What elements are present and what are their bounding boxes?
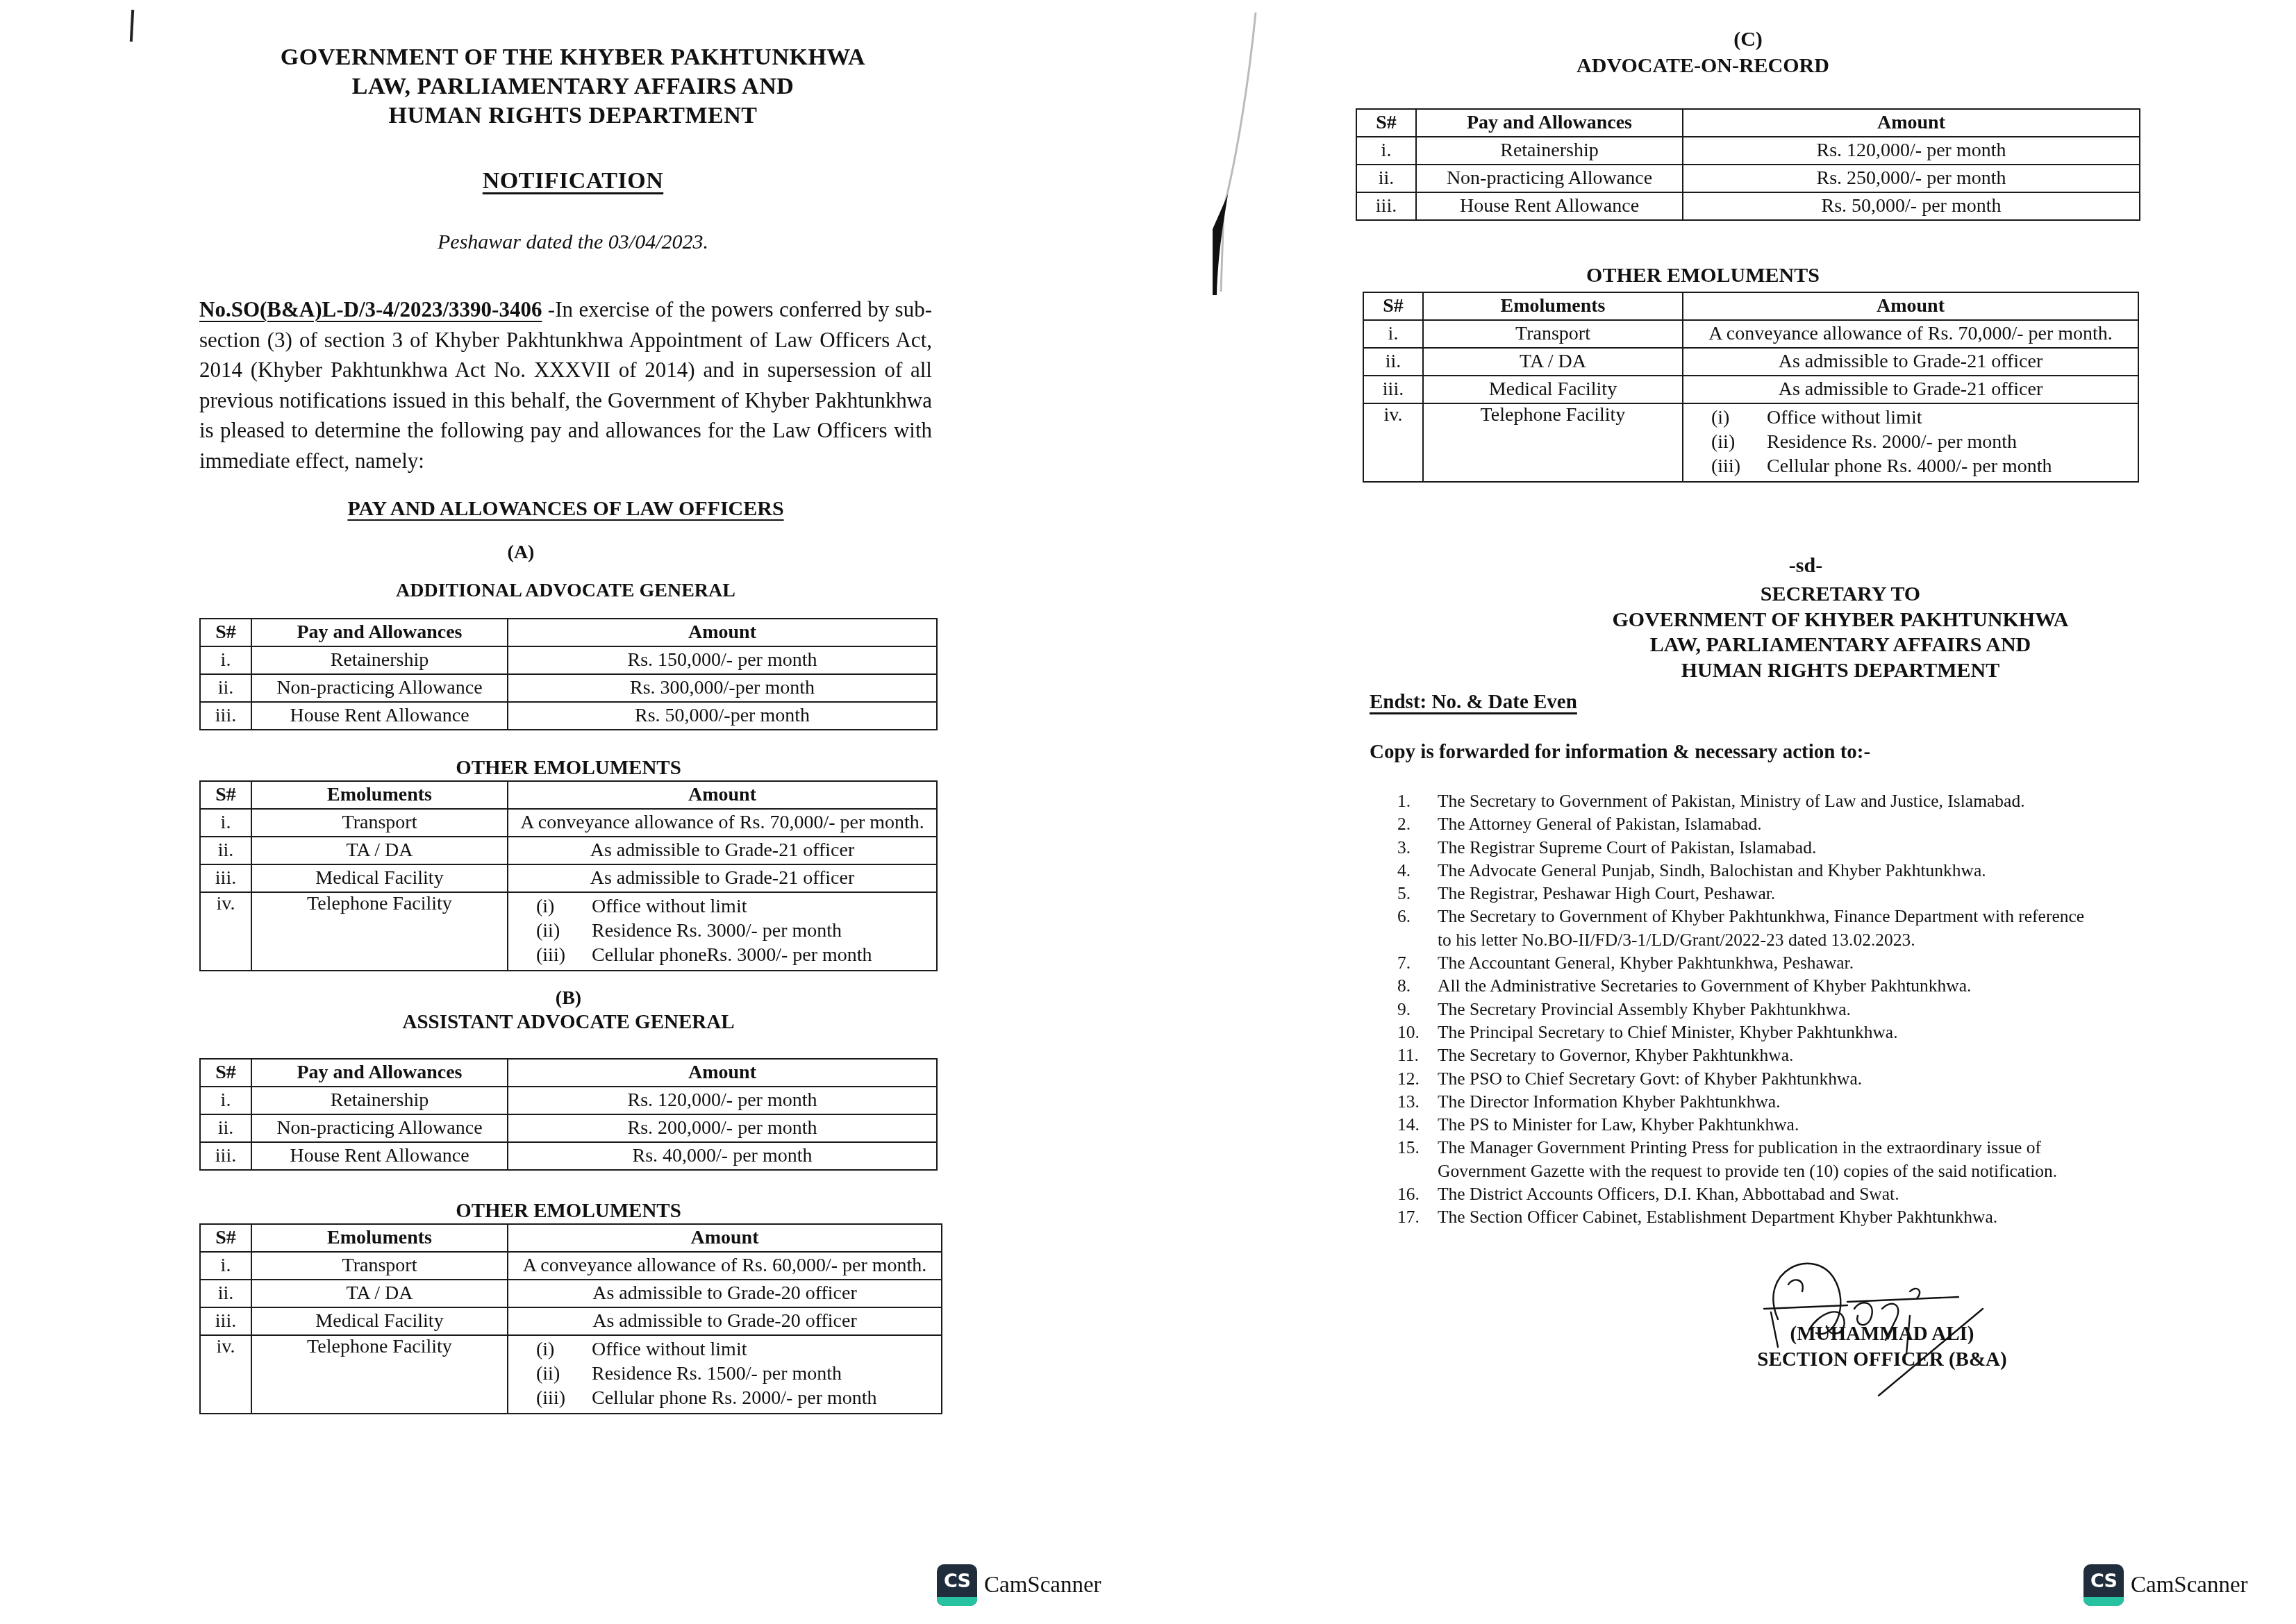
- signatory-line: GOVERNMENT OF KHYBER PAKHTUNKHWA: [1563, 608, 2118, 633]
- item-text: The PS to Minister for Law, Khyber Pakht…: [1438, 1114, 1799, 1135]
- table-cell: Rs. 40,000/- per month: [508, 1142, 937, 1170]
- table-row: ii. Non-practicing Allowance Rs. 200,000…: [200, 1114, 937, 1142]
- table-cell: Non-practicing Allowance: [251, 674, 508, 702]
- endorsement-line: Endst: No. & Date Even: [1370, 691, 1577, 714]
- copy-recipient-item: 11.The Secretary to Governor, Khyber Pak…: [1397, 1044, 2084, 1066]
- table-cell: iii.: [200, 702, 251, 730]
- header-line: GOVERNMENT OF THE KHYBER PAKHTUNKHWA: [222, 43, 924, 72]
- table-row-telephone: iv. Telephone Facility (i)Office without…: [200, 892, 937, 971]
- section-c-emoluments-title: OTHER EMOLUMENTS: [1356, 264, 2050, 287]
- table-cell: i.: [200, 646, 251, 674]
- column-header: S#: [200, 1059, 251, 1087]
- table-row: i. Transport A conveyance allowance of R…: [200, 809, 937, 837]
- table-cell: ii.: [200, 1114, 251, 1142]
- table-cell: Rs. 300,000/-per month: [508, 674, 937, 702]
- column-header: Amount: [1683, 109, 2140, 137]
- table-row: ii. TA / DA As admissible to Grade-20 of…: [200, 1280, 942, 1307]
- column-header: S#: [200, 619, 251, 646]
- section-b-emoluments-table: S# Emoluments Amount i. Transport A conv…: [199, 1223, 942, 1414]
- table-cell: Retainership: [251, 1087, 508, 1114]
- table-cell: Retainership: [1416, 137, 1683, 165]
- item-text: The Attorney General of Pakistan, Islama…: [1438, 814, 1762, 834]
- copy-recipient-item: 10.The Principal Secretary to Chief Mini…: [1397, 1021, 2084, 1044]
- table-cell: iii.: [1363, 376, 1423, 403]
- telephone-item: (i)Office without limit: [536, 1337, 937, 1362]
- column-header: S#: [1363, 292, 1423, 320]
- table-cell: House Rent Allowance: [1416, 192, 1683, 220]
- copy-recipient-item: 15.The Manager Government Printing Press…: [1397, 1136, 2084, 1159]
- telephone-item: (i)Office without limit: [536, 894, 932, 919]
- table-cell: Rs. 200,000/- per month: [508, 1114, 937, 1142]
- table-row: ii. Non-practicing Allowance Rs. 250,000…: [1356, 165, 2140, 192]
- item-label: (ii): [536, 1362, 592, 1386]
- table-header-row: S# Emoluments Amount: [1363, 292, 2138, 320]
- column-header: S#: [1356, 109, 1416, 137]
- table-row: iii. House Rent Allowance Rs. 50,000/- p…: [1356, 192, 2140, 220]
- item-number: 13.: [1397, 1090, 1432, 1113]
- table-cell: Non-practicing Allowance: [1416, 165, 1683, 192]
- copy-forwarded-line: Copy is forwarded for information & nece…: [1370, 741, 1870, 764]
- section-a-title: ADDITIONAL ADVOCATE GENERAL: [199, 580, 932, 602]
- item-number: 10.: [1397, 1021, 1432, 1044]
- section-c-pay-table: S# Pay and Allowances Amount i. Retainer…: [1356, 108, 2140, 221]
- table-row: iii. House Rent Allowance Rs. 50,000/-pe…: [200, 702, 937, 730]
- item-text: The Secretary to Government of Khyber Pa…: [1438, 906, 2084, 926]
- column-header: Amount: [508, 781, 937, 809]
- signatory-line: LAW, PARLIAMENTARY AFFAIRS AND: [1563, 633, 2118, 658]
- table-cell: Transport: [251, 809, 508, 837]
- item-label: (i): [536, 894, 592, 919]
- item-number: 14.: [1397, 1113, 1432, 1136]
- telephone-item: (iii)Cellular phoneRs. 3000/- per month: [536, 943, 932, 967]
- item-text: to his letter No.BO-II/FD/3-1/LD/Grant/2…: [1438, 930, 1915, 950]
- table-cell: ii.: [200, 837, 251, 864]
- table-header-row: S# Pay and Allowances Amount: [1356, 109, 2140, 137]
- item-number: 8.: [1397, 974, 1432, 997]
- table-cell: As admissible to Grade-20 officer: [508, 1280, 942, 1307]
- item-number: 17.: [1397, 1205, 1432, 1228]
- signed-mark: -sd-: [1563, 554, 2049, 578]
- copy-recipient-item: 17.The Section Officer Cabinet, Establis…: [1397, 1205, 2084, 1228]
- table-cell: iii.: [200, 1142, 251, 1170]
- section-c-emoluments-table: S# Emoluments Amount i. Transport A conv…: [1363, 292, 2139, 483]
- section-a-emoluments-table: S# Emoluments Amount i. Transport A conv…: [199, 780, 938, 971]
- notification-title: NOTIFICATION: [222, 167, 924, 196]
- table-cell: iii.: [200, 864, 251, 892]
- item-number: 3.: [1397, 836, 1432, 859]
- telephone-item: (ii)Residence Rs. 2000/- per month: [1711, 430, 2133, 454]
- column-header: S#: [200, 781, 251, 809]
- table-row-telephone: iv. Telephone Facility (i)Office without…: [200, 1335, 942, 1414]
- copy-recipient-item: 3.The Registrar Supreme Court of Pakista…: [1397, 836, 2084, 859]
- scan-mark: [130, 10, 134, 42]
- item-text: The Registrar, Peshawar High Court, Pesh…: [1438, 883, 1775, 903]
- table-cell: Transport: [1423, 320, 1683, 348]
- table-cell: Rs. 50,000/-per month: [508, 702, 937, 730]
- department-header: GOVERNMENT OF THE KHYBER PAKHTUNKHWA LAW…: [222, 43, 924, 131]
- table-header-row: S# Pay and Allowances Amount: [200, 1059, 937, 1087]
- table-cell: Non-practicing Allowance: [251, 1114, 508, 1142]
- table-cell: Telephone Facility: [251, 1335, 508, 1414]
- item-number: 1.: [1397, 789, 1432, 812]
- table-cell: iv.: [1363, 403, 1423, 482]
- item-text: Office without limit: [592, 1339, 747, 1360]
- table-cell: Rs. 50,000/- per month: [1683, 192, 2140, 220]
- item-text: Cellular phoneRs. 3000/- per month: [592, 944, 872, 966]
- copy-recipient-item: 16.The District Accounts Officers, D.I. …: [1397, 1182, 2084, 1205]
- item-text: Residence Rs. 2000/- per month: [1767, 431, 2017, 453]
- item-label: (i): [1711, 405, 1767, 430]
- table-cell: House Rent Allowance: [251, 1142, 508, 1170]
- section-b-pay-table: S# Pay and Allowances Amount i. Retainer…: [199, 1058, 938, 1171]
- column-header: Amount: [508, 1059, 937, 1087]
- item-number: 5.: [1397, 882, 1432, 905]
- table-cell: House Rent Allowance: [251, 702, 508, 730]
- copy-recipient-item: 5.The Registrar, Peshawar High Court, Pe…: [1397, 882, 2084, 905]
- item-number: 7.: [1397, 951, 1432, 974]
- table-row: i. Transport A conveyance allowance of R…: [200, 1252, 942, 1280]
- table-cell: A conveyance allowance of Rs. 60,000/- p…: [508, 1252, 942, 1280]
- table-cell: i.: [200, 1252, 251, 1280]
- table-row: i. Retainership Rs. 150,000/- per month: [200, 646, 937, 674]
- copy-recipient-item: 6.The Secretary to Government of Khyber …: [1397, 905, 2084, 928]
- column-header: S#: [200, 1224, 251, 1252]
- table-cell: Rs. 120,000/- per month: [1683, 137, 2140, 165]
- table-cell: i.: [1363, 320, 1423, 348]
- item-text: The Manager Government Printing Press fo…: [1438, 1137, 2041, 1157]
- table-cell: iv.: [200, 1335, 251, 1414]
- item-label: (ii): [1711, 430, 1767, 454]
- officer-title: SECTION OFFICER (B&A): [1708, 1348, 2056, 1371]
- item-text: The Secretary to Governor, Khyber Pakhtu…: [1438, 1045, 1793, 1065]
- camscanner-brand: CamScanner: [984, 1573, 1101, 1598]
- copy-recipient-continuation: Government Gazette with the request to p…: [1397, 1160, 2084, 1182]
- table-header-row: S# Emoluments Amount: [200, 781, 937, 809]
- item-text: The District Accounts Officers, D.I. Kha…: [1438, 1184, 1899, 1204]
- item-text: Residence Rs. 3000/- per month: [592, 920, 842, 941]
- copy-recipient-list: 1.The Secretary to Government of Pakista…: [1397, 789, 2084, 1229]
- item-text: The Secretary to Government of Pakistan,…: [1438, 791, 2025, 811]
- item-text: Cellular phone Rs. 2000/- per month: [592, 1387, 877, 1409]
- item-text: The Accountant General, Khyber Pakhtunkh…: [1438, 953, 1854, 973]
- main-heading: PAY AND ALLOWANCES OF LAW OFFICERS: [199, 497, 932, 521]
- section-c-label: (C): [1356, 28, 2140, 51]
- table-row: iii. House Rent Allowance Rs. 40,000/- p…: [200, 1142, 937, 1170]
- table-cell: iii.: [200, 1307, 251, 1335]
- table-cell: Retainership: [251, 646, 508, 674]
- column-header: Emoluments: [251, 781, 508, 809]
- item-number: 16.: [1397, 1182, 1432, 1205]
- section-c-title: ADVOCATE-ON-RECORD: [1356, 54, 2050, 78]
- table-cell: i.: [1356, 137, 1416, 165]
- item-text: Cellular phone Rs. 4000/- per month: [1767, 455, 2052, 477]
- signatory-line: SECRETARY TO: [1563, 582, 2118, 608]
- table-row: ii. Non-practicing Allowance Rs. 300,000…: [200, 674, 937, 702]
- item-number: 4.: [1397, 859, 1432, 882]
- section-a-pay-table: S# Pay and Allowances Amount i. Retainer…: [199, 618, 938, 730]
- item-number: 15.: [1397, 1136, 1432, 1159]
- table-row: ii. TA / DA As admissible to Grade-21 of…: [1363, 348, 2138, 376]
- copy-recipient-item: 2.The Attorney General of Pakistan, Isla…: [1397, 812, 2084, 835]
- table-cell: TA / DA: [1423, 348, 1683, 376]
- column-header: Pay and Allowances: [251, 1059, 508, 1087]
- table-header-row: S# Pay and Allowances Amount: [200, 619, 937, 646]
- officer-name: (MUHAMMAD ALI): [1708, 1323, 2056, 1346]
- column-header: Amount: [508, 619, 937, 646]
- copy-recipient-continuation: to his letter No.BO-II/FD/3-1/LD/Grant/2…: [1397, 928, 2084, 951]
- copy-recipient-item: 1.The Secretary to Government of Pakista…: [1397, 789, 2084, 812]
- section-b-title: ASSISTANT ADVOCATE GENERAL: [199, 1011, 938, 1034]
- table-row: i. Retainership Rs. 120,000/- per month: [1356, 137, 2140, 165]
- table-cell: Transport: [251, 1252, 508, 1280]
- section-b-emoluments-title: OTHER EMOLUMENTS: [199, 1200, 938, 1223]
- table-cell: Rs. 250,000/- per month: [1683, 165, 2140, 192]
- table-cell: A conveyance allowance of Rs. 70,000/- p…: [508, 809, 937, 837]
- item-text: Government Gazette with the request to p…: [1438, 1161, 2057, 1181]
- copy-recipient-item: 12.The PSO to Chief Secretary Govt: of K…: [1397, 1067, 2084, 1090]
- item-text: The Principal Secretary to Chief Ministe…: [1438, 1022, 1898, 1042]
- table-cell: As admissible to Grade-21 officer: [508, 864, 937, 892]
- table-cell: Rs. 120,000/- per month: [508, 1087, 937, 1114]
- item-number: 11.: [1397, 1044, 1432, 1066]
- item-text: Office without limit: [592, 896, 747, 917]
- reference-number: No.SO(B&A)L-D/3-4/2023/3390-3406: [199, 297, 542, 321]
- copy-recipient-item: 7.The Accountant General, Khyber Pakhtun…: [1397, 951, 2084, 974]
- scan-edge-artifact: [1208, 0, 1264, 305]
- column-header: Pay and Allowances: [251, 619, 508, 646]
- column-header: Emoluments: [1423, 292, 1683, 320]
- item-text: Office without limit: [1767, 407, 1922, 428]
- column-header: Pay and Allowances: [1416, 109, 1683, 137]
- copy-recipient-item: 13.The Director Information Khyber Pakht…: [1397, 1090, 2084, 1113]
- body-text: -In exercise of the powers conferred by …: [199, 297, 932, 473]
- telephone-item: (i)Office without limit: [1711, 405, 2133, 430]
- camscanner-watermark: CS CamScanner: [2083, 1564, 2248, 1606]
- dated-line: Peshawar dated the 03/04/2023.: [222, 231, 924, 254]
- item-label: (i): [536, 1337, 592, 1362]
- table-cell: iii.: [1356, 192, 1416, 220]
- table-row: i. Transport A conveyance allowance of R…: [1363, 320, 2138, 348]
- table-row: iii. Medical Facility As admissible to G…: [1363, 376, 2138, 403]
- item-text: All the Administrative Secretaries to Go…: [1438, 976, 1971, 996]
- item-number: 12.: [1397, 1067, 1432, 1090]
- table-cell: ii.: [200, 1280, 251, 1307]
- table-row: ii. TA / DA As admissible to Grade-21 of…: [200, 837, 937, 864]
- table-cell: i.: [200, 1087, 251, 1114]
- table-cell: Rs. 150,000/- per month: [508, 646, 937, 674]
- table-cell: Telephone Facility: [1423, 403, 1683, 482]
- item-number: 9.: [1397, 998, 1432, 1021]
- section-a-label: (A): [444, 542, 597, 564]
- item-text: The Secretary Provincial Assembly Khyber…: [1438, 999, 1851, 1019]
- telephone-item: (iii)Cellular phone Rs. 2000/- per month: [536, 1386, 937, 1410]
- camscanner-brand: CamScanner: [2131, 1573, 2248, 1598]
- table-cell: ii.: [1363, 348, 1423, 376]
- table-cell: As admissible to Grade-21 officer: [1683, 348, 2138, 376]
- copy-recipient-item: 14.The PS to Minister for Law, Khyber Pa…: [1397, 1113, 2084, 1136]
- section-a-emoluments-title: OTHER EMOLUMENTS: [199, 757, 938, 780]
- table-cell: ii.: [1356, 165, 1416, 192]
- table-cell: Telephone Facility: [251, 892, 508, 971]
- table-row: iii. Medical Facility As admissible to G…: [200, 1307, 942, 1335]
- item-number: 2.: [1397, 812, 1432, 835]
- camscanner-logo-icon: CS: [2083, 1564, 2124, 1606]
- signatory-line: HUMAN RIGHTS DEPARTMENT: [1563, 658, 2118, 684]
- camscanner-watermark: CS CamScanner: [937, 1564, 1101, 1606]
- table-header-row: S# Emoluments Amount: [200, 1224, 942, 1252]
- column-header: Emoluments: [251, 1224, 508, 1252]
- table-cell: iv.: [200, 892, 251, 971]
- telephone-items: (i)Office without limit (ii)Residence Rs…: [508, 1335, 942, 1414]
- table-cell: A conveyance allowance of Rs. 70,000/- p…: [1683, 320, 2138, 348]
- header-line: LAW, PARLIAMENTARY AFFAIRS AND: [222, 72, 924, 101]
- item-text: The Registrar Supreme Court of Pakistan,…: [1438, 837, 1816, 857]
- section-b-label: (B): [199, 987, 938, 1010]
- table-row: iii. Medical Facility As admissible to G…: [200, 864, 937, 892]
- telephone-item: (ii)Residence Rs. 3000/- per month: [536, 919, 932, 943]
- copy-recipient-item: 9.The Secretary Provincial Assembly Khyb…: [1397, 998, 2084, 1021]
- item-number: 6.: [1397, 905, 1432, 928]
- table-cell: As admissible to Grade-20 officer: [508, 1307, 942, 1335]
- table-cell: TA / DA: [251, 1280, 508, 1307]
- table-cell: TA / DA: [251, 837, 508, 864]
- copy-recipient-item: 4.The Advocate General Punjab, Sindh, Ba…: [1397, 859, 2084, 882]
- table-cell: i.: [200, 809, 251, 837]
- column-header: Amount: [508, 1224, 942, 1252]
- telephone-items: (i)Office without limit (ii)Residence Rs…: [1683, 403, 2138, 482]
- camscanner-logo-icon: CS: [937, 1564, 977, 1606]
- header-line: HUMAN RIGHTS DEPARTMENT: [222, 101, 924, 131]
- table-cell: ii.: [200, 674, 251, 702]
- item-label: (iii): [1711, 454, 1767, 478]
- notification-body: No.SO(B&A)L-D/3-4/2023/3390-3406 -In exe…: [199, 294, 932, 476]
- item-label: (iii): [536, 1386, 592, 1410]
- table-cell: Medical Facility: [251, 1307, 508, 1335]
- item-text: The Section Officer Cabinet, Establishme…: [1438, 1207, 1997, 1227]
- telephone-items: (i)Office without limit (ii)Residence Rs…: [508, 892, 937, 971]
- telephone-item: (ii)Residence Rs. 1500/- per month: [536, 1362, 937, 1386]
- column-header: Amount: [1683, 292, 2138, 320]
- table-cell: Medical Facility: [1423, 376, 1683, 403]
- table-cell: As admissible to Grade-21 officer: [1683, 376, 2138, 403]
- badge-text: CS: [944, 1571, 970, 1592]
- table-cell: As admissible to Grade-21 officer: [508, 837, 937, 864]
- table-cell: Medical Facility: [251, 864, 508, 892]
- item-text: The Advocate General Punjab, Sindh, Balo…: [1438, 860, 1986, 880]
- badge-text: CS: [2090, 1571, 2117, 1592]
- item-text: The PSO to Chief Secretary Govt: of Khyb…: [1438, 1069, 1862, 1089]
- table-row: i. Retainership Rs. 120,000/- per month: [200, 1087, 937, 1114]
- item-label: (iii): [536, 943, 592, 967]
- item-text: Residence Rs. 1500/- per month: [592, 1363, 842, 1384]
- item-label: (ii): [536, 919, 592, 943]
- signatory-block: SECRETARY TO GOVERNMENT OF KHYBER PAKHTU…: [1563, 582, 2118, 683]
- telephone-item: (iii)Cellular phone Rs. 4000/- per month: [1711, 454, 2133, 478]
- copy-recipient-item: 8.All the Administrative Secretaries to …: [1397, 974, 2084, 997]
- item-text: The Director Information Khyber Pakhtunk…: [1438, 1091, 1781, 1112]
- table-row-telephone: iv. Telephone Facility (i)Office without…: [1363, 403, 2138, 482]
